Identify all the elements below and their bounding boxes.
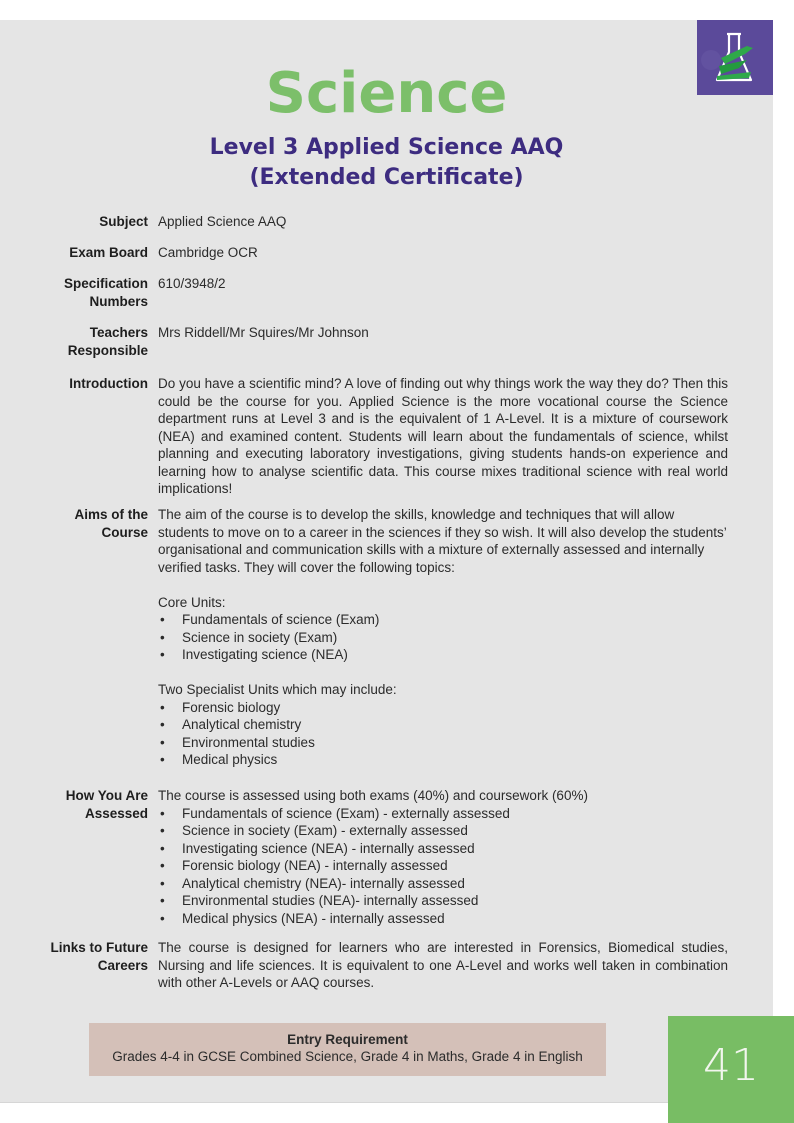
list-item: Medical physics xyxy=(158,751,728,769)
introduction-text: Do you have a scientific mind? A love of… xyxy=(158,375,728,498)
specialist-units-list: Forensic biology Analytical chemistry En… xyxy=(158,699,728,769)
detail-label: Subject xyxy=(20,213,148,231)
list-item: Medical physics (NEA) - internally asses… xyxy=(158,910,728,928)
core-units-heading: Core Units: xyxy=(158,594,728,612)
detail-value: The course is assessed using both exams … xyxy=(158,787,728,927)
page-number: 41 xyxy=(668,1038,794,1094)
detail-value: Mrs Riddell/Mr Squires/Mr Johnson xyxy=(158,324,728,342)
detail-label: Links to Future Careers xyxy=(20,939,148,974)
detail-label: How You Are Assessed xyxy=(20,787,148,822)
detail-label: Teachers Responsible xyxy=(20,324,148,359)
list-item: Environmental studies xyxy=(158,734,728,752)
detail-value: The aim of the course is to develop the … xyxy=(158,506,728,769)
entry-requirement-title: Entry Requirement xyxy=(89,1031,606,1048)
list-item: Fundamentals of science (Exam) xyxy=(158,611,728,629)
list-item: Environmental studies (NEA)- internally … xyxy=(158,892,728,910)
list-item: Science in society (Exam) - externally a… xyxy=(158,822,728,840)
entry-requirement-box: Entry Requirement Grades 4-4 in GCSE Com… xyxy=(89,1023,606,1076)
list-item: Forensic biology xyxy=(158,699,728,717)
detail-label: Specification Numbers xyxy=(20,275,148,310)
detail-value: Cambridge OCR xyxy=(158,244,728,262)
detail-value: The course is designed for learners who … xyxy=(158,939,728,992)
entry-requirement-text: Grades 4-4 in GCSE Combined Science, Gra… xyxy=(89,1048,606,1066)
detail-value: Do you have a scientific mind? A love of… xyxy=(158,375,728,498)
assessment-list: Fundamentals of science (Exam) - externa… xyxy=(158,805,728,928)
list-item: Investigating science (NEA) - internally… xyxy=(158,840,728,858)
detail-label: Exam Board xyxy=(20,244,148,262)
page-title: Science xyxy=(0,54,773,134)
list-item: Forensic biology (NEA) - internally asse… xyxy=(158,857,728,875)
aims-text: The aim of the course is to develop the … xyxy=(158,506,728,576)
list-item: Analytical chemistry (NEA)- internally a… xyxy=(158,875,728,893)
detail-value: Applied Science AAQ xyxy=(158,213,728,231)
course-subtitle: Level 3 Applied Science AAQ (Extended Ce… xyxy=(0,133,773,193)
list-item: Analytical chemistry xyxy=(158,716,728,734)
detail-value: 610/3948/2 xyxy=(158,275,728,293)
list-item: Science in society (Exam) xyxy=(158,629,728,647)
detail-label: Introduction xyxy=(20,375,148,393)
course-subtitle-line1: Level 3 Applied Science AAQ xyxy=(0,133,773,163)
careers-text: The course is designed for learners who … xyxy=(158,939,728,992)
list-item: Investigating science (NEA) xyxy=(158,646,728,664)
page-number-box: 41 xyxy=(668,1016,794,1123)
detail-label: Aims of the Course xyxy=(20,506,148,541)
assessment-intro: The course is assessed using both exams … xyxy=(158,787,728,805)
course-subtitle-line2: (Extended Certificate) xyxy=(0,163,773,193)
list-item: Fundamentals of science (Exam) - externa… xyxy=(158,805,728,823)
core-units-list: Fundamentals of science (Exam) Science i… xyxy=(158,611,728,664)
specialist-units-heading: Two Specialist Units which may include: xyxy=(158,681,728,699)
